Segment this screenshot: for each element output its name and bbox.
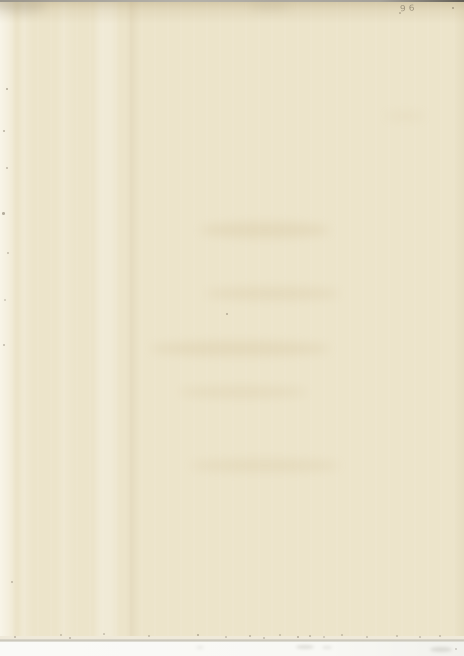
paper-page: 96	[0, 2, 464, 636]
scanner-background-strip	[0, 642, 464, 656]
scan-canvas: 96	[0, 0, 464, 656]
page-top-edge-shade	[0, 2, 464, 24]
paper-texture-streaks	[0, 2, 464, 636]
pencil-annotation: 96	[400, 4, 418, 14]
